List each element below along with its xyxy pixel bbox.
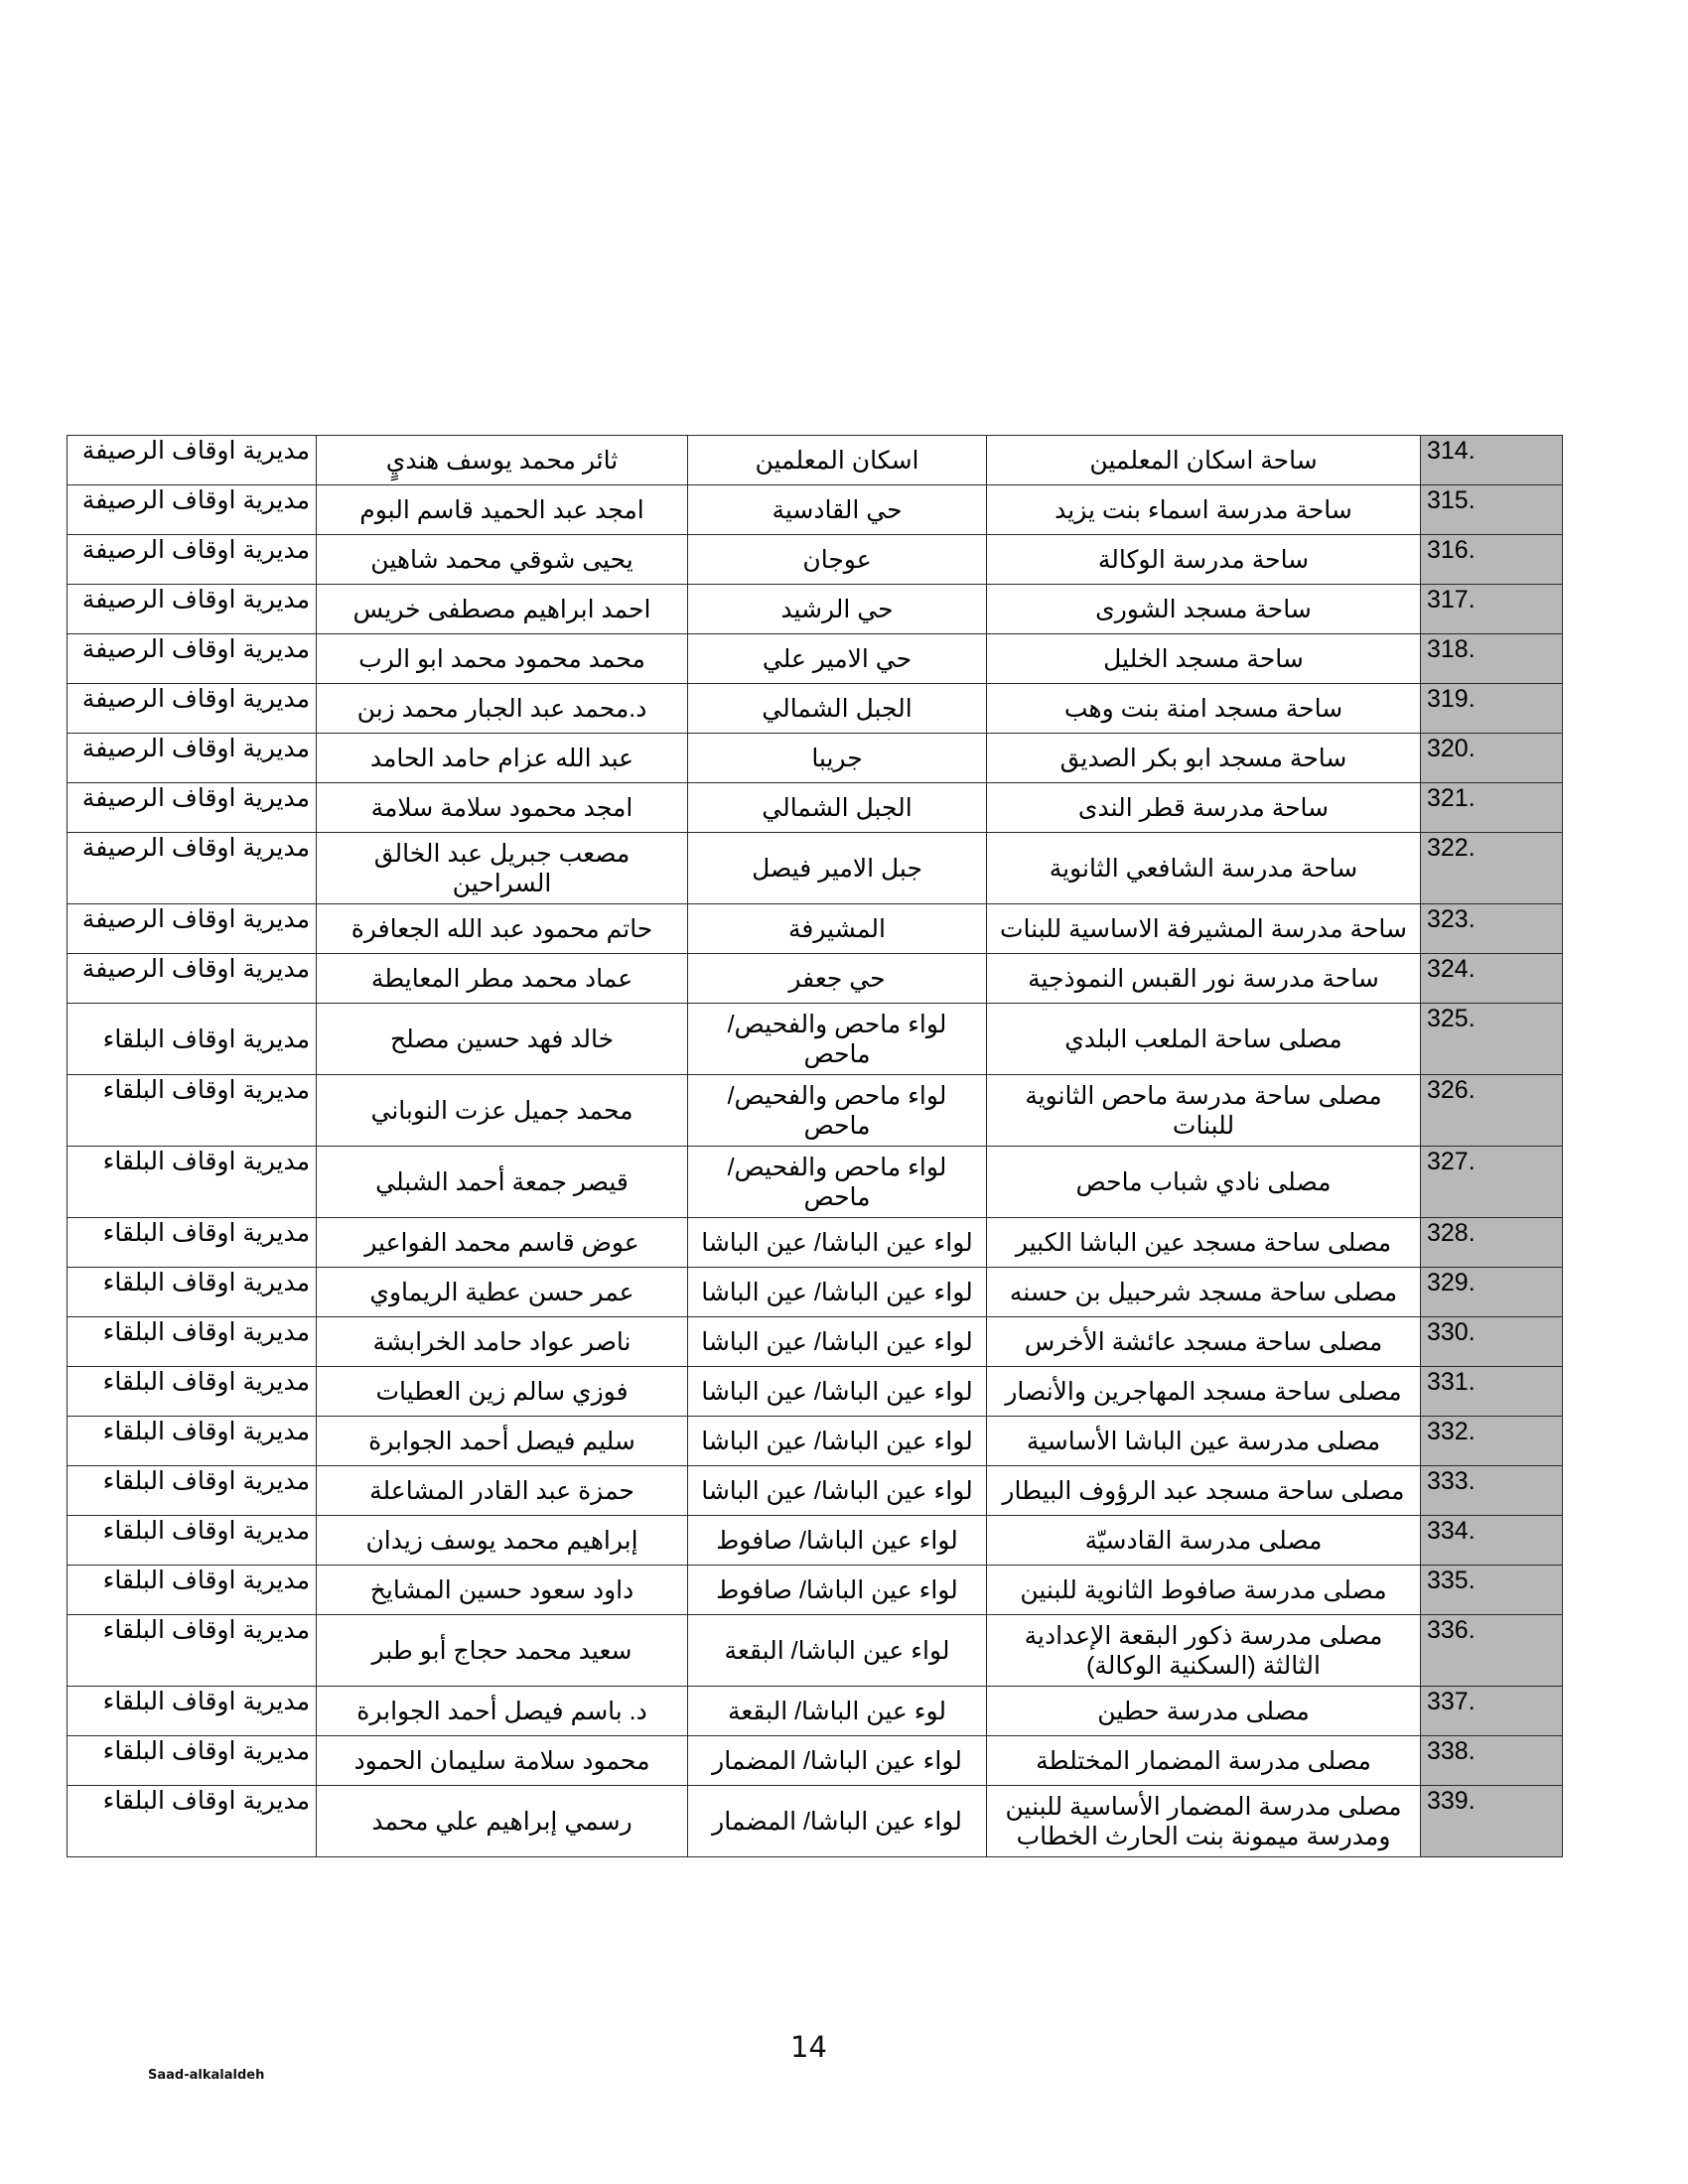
prayer-place-cell: مصلى ساحة الملعب البلدي	[987, 1004, 1421, 1075]
directorate-cell: مديرية اوقاف البلقاء	[68, 1147, 317, 1218]
table-body: مديرية اوقاف الرصيفةثائر محمد يوسف هنديٍ…	[68, 436, 1563, 1857]
table-row: مديرية اوقاف البلقاءإبراهيم محمد يوسف زي…	[68, 1516, 1563, 1566]
supervisor-name-cell: ثائر محمد يوسف هنديٍ	[317, 436, 688, 485]
directorate-cell: مديرية اوقاف الرصيفة	[68, 833, 317, 904]
table-row: مديرية اوقاف الرصيفةد.محمد عبد الجبار مح…	[68, 684, 1563, 734]
area-cell: حي جعفر	[688, 954, 987, 1004]
directorate-cell: مديرية اوقاف البلقاء	[68, 1736, 317, 1786]
row-number-cell: 325.	[1421, 1004, 1563, 1075]
prayer-place-cell: ساحة مدرسة قطر الندى	[987, 783, 1421, 833]
area-cell: حي الامير علي	[688, 634, 987, 684]
supervisor-name-cell: ناصر عواد حامد الخرابشة	[317, 1317, 688, 1367]
area-cell: لوء عين الباشا/ البقعة	[688, 1687, 987, 1736]
supervisor-name-cell: يحيى شوقي محمد شاهين	[317, 535, 688, 585]
supervisor-name-cell: محمد جميل عزت النوباني	[317, 1075, 688, 1147]
area-cell: جبل الامير فيصل	[688, 833, 987, 904]
table-row: مديرية اوقاف الرصيفةامجد محمود سلامة سلا…	[68, 783, 1563, 833]
table-row: مديرية اوقاف البلقاءمحمود سلامة سليمان ا…	[68, 1736, 1563, 1786]
footer-credit: Saad-alkalaldeh	[148, 2068, 264, 2083]
area-cell: لواء عين الباشا/ عين الباشا	[688, 1218, 987, 1268]
directorate-cell: مديرية اوقاف البلقاء	[68, 1268, 317, 1317]
prayer-place-cell: ساحة مسجد الشورى	[987, 585, 1421, 634]
supervisor-name-cell: احمد ابراهيم مصطفى خريس	[317, 585, 688, 634]
area-cell: لواء عين الباشا/ المضمار	[688, 1786, 987, 1857]
supervisor-name-cell: مصعب جبريل عبد الخالق السراحين	[317, 833, 688, 904]
area-cell: لواء عين الباشا/ المضمار	[688, 1736, 987, 1786]
area-cell: لواء ماحص والفحيص/ ماحص	[688, 1004, 987, 1075]
supervisor-name-cell: امجد محمود سلامة سلامة	[317, 783, 688, 833]
area-cell: لواء عين الباشا/ صافوط	[688, 1566, 987, 1615]
area-cell: لواء عين الباشا/ عين الباشا	[688, 1317, 987, 1367]
supervisor-name-cell: داود سعود حسين المشايخ	[317, 1566, 688, 1615]
supervisor-name-cell: فوزي سالم زين العطيات	[317, 1367, 688, 1417]
supervisor-name-cell: خالد فهد حسين مصلح	[317, 1004, 688, 1075]
row-number-cell: 330.	[1421, 1317, 1563, 1367]
area-cell: جريبا	[688, 734, 987, 783]
prayer-place-cell: ساحة مسجد الخليل	[987, 634, 1421, 684]
area-cell: حي القادسية	[688, 485, 987, 535]
directorate-cell: مديرية اوقاف الرصيفة	[68, 783, 317, 833]
prayer-place-cell: ساحة مدرسة المشيرفة الاساسية للبنات	[987, 904, 1421, 954]
supervisor-name-cell: حمزة عبد القادر المشاعلة	[317, 1466, 688, 1516]
supervisor-name-cell: عمر حسن عطية الريماوي	[317, 1268, 688, 1317]
prayer-places-table: مديرية اوقاف الرصيفةثائر محمد يوسف هنديٍ…	[67, 435, 1563, 1857]
prayer-place-cell: ساحة مدرسة اسماء بنت يزيد	[987, 485, 1421, 535]
prayer-place-cell: مصلى ساحة مسجد المهاجرين والأنصار	[987, 1367, 1421, 1417]
area-cell: عوجان	[688, 535, 987, 585]
area-cell: لواء عين الباشا/ البقعة	[688, 1615, 987, 1687]
row-number-cell: 319.	[1421, 684, 1563, 734]
table-row: مديرية اوقاف البلقاءعمر حسن عطية الريماو…	[68, 1268, 1563, 1317]
directorate-cell: مديرية اوقاف الرصيفة	[68, 585, 317, 634]
table-row: مديرية اوقاف البلقاءداود سعود حسين المشا…	[68, 1566, 1563, 1615]
prayer-place-cell: ساحة مدرسة الوكالة	[987, 535, 1421, 585]
directorate-cell: مديرية اوقاف البلقاء	[68, 1417, 317, 1466]
table-row: مديرية اوقاف الرصيفةامجد عبد الحميد قاسم…	[68, 485, 1563, 535]
supervisor-name-cell: سليم فيصل أحمد الجوابرة	[317, 1417, 688, 1466]
prayer-place-cell: مصلى مدرسة ذكور البقعة الإعدادية الثالثة…	[987, 1615, 1421, 1687]
supervisor-name-cell: امجد عبد الحميد قاسم البوم	[317, 485, 688, 535]
table-row: مديرية اوقاف البلقاءسليم فيصل أحمد الجوا…	[68, 1417, 1563, 1466]
row-number-cell: 327.	[1421, 1147, 1563, 1218]
table-row: مديرية اوقاف البلقاءعوض قاسم محمد الفواع…	[68, 1218, 1563, 1268]
table-row: مديرية اوقاف الرصيفةمصعب جبريل عبد الخال…	[68, 833, 1563, 904]
supervisor-name-cell: عماد محمد مطر المعايطة	[317, 954, 688, 1004]
directorate-cell: مديرية اوقاف البلقاء	[68, 1317, 317, 1367]
row-number-cell: 339.	[1421, 1786, 1563, 1857]
area-cell: المشيرفة	[688, 904, 987, 954]
row-number-cell: 336.	[1421, 1615, 1563, 1687]
table-row: مديرية اوقاف الرصيفةاحمد ابراهيم مصطفى خ…	[68, 585, 1563, 634]
prayer-place-cell: مصلى ساحة مسجد شرحبيل بن حسنه	[987, 1268, 1421, 1317]
prayer-place-cell: ساحة مسجد ابو بكر الصديق	[987, 734, 1421, 783]
area-cell: لواء ماحص والفحيص/ ماحص	[688, 1147, 987, 1218]
supervisor-name-cell: حاتم محمود عبد الله الجعافرة	[317, 904, 688, 954]
row-number-cell: 322.	[1421, 833, 1563, 904]
prayer-place-cell: ساحة مسجد امنة بنت وهب	[987, 684, 1421, 734]
table-row: مديرية اوقاف البلقاءمحمد جميل عزت النوبا…	[68, 1075, 1563, 1147]
row-number-cell: 320.	[1421, 734, 1563, 783]
page-number: 14	[790, 2030, 827, 2064]
row-number-cell: 329.	[1421, 1268, 1563, 1317]
table-row: مديرية اوقاف البلقاءفوزي سالم زين العطيا…	[68, 1367, 1563, 1417]
table-row: مديرية اوقاف الرصيفةحاتم محمود عبد الله …	[68, 904, 1563, 954]
area-cell: لواء عين الباشا/ عين الباشا	[688, 1367, 987, 1417]
row-number-cell: 338.	[1421, 1736, 1563, 1786]
table-row: مديرية اوقاف البلقاءقيصر جمعة أحمد الشبل…	[68, 1147, 1563, 1218]
supervisor-name-cell: د.محمد عبد الجبار محمد زبن	[317, 684, 688, 734]
area-cell: لواء عين الباشا/ عين الباشا	[688, 1268, 987, 1317]
row-number-cell: 334.	[1421, 1516, 1563, 1566]
prayer-place-cell: مصلى ساحة مسجد عبد الرؤوف البيطار	[987, 1466, 1421, 1516]
row-number-cell: 332.	[1421, 1417, 1563, 1466]
area-cell: لواء عين الباشا/ عين الباشا	[688, 1417, 987, 1466]
table-row: مديرية اوقاف البلقاءحمزة عبد القادر المش…	[68, 1466, 1563, 1516]
row-number-cell: 323.	[1421, 904, 1563, 954]
prayer-place-cell: مصلى مدرسة المضمار الأساسية للبنين ومدرس…	[987, 1786, 1421, 1857]
table-row: مديرية اوقاف الرصيفةعماد محمد مطر المعاي…	[68, 954, 1563, 1004]
table-row: مديرية اوقاف البلقاءرسمي إبراهيم علي محم…	[68, 1786, 1563, 1857]
directorate-cell: مديرية اوقاف البلقاء	[68, 1687, 317, 1736]
directorate-cell: مديرية اوقاف البلقاء	[68, 1218, 317, 1268]
area-cell: الجبل الشمالي	[688, 783, 987, 833]
prayer-place-cell: مصلى مدرسة عين الباشا الأساسية	[987, 1417, 1421, 1466]
prayer-place-cell: مصلى مدرسة حطين	[987, 1687, 1421, 1736]
directorate-cell: مديرية اوقاف الرصيفة	[68, 684, 317, 734]
row-number-cell: 318.	[1421, 634, 1563, 684]
row-number-cell: 317.	[1421, 585, 1563, 634]
directorate-cell: مديرية اوقاف الرصيفة	[68, 436, 317, 485]
prayer-place-cell: مصلى نادي شباب ماحص	[987, 1147, 1421, 1218]
area-cell: الجبل الشمالي	[688, 684, 987, 734]
row-number-cell: 314.	[1421, 436, 1563, 485]
prayer-place-cell: ساحة اسكان المعلمين	[987, 436, 1421, 485]
prayer-place-cell: ساحة مدرسة نور القبس النموذجية	[987, 954, 1421, 1004]
supervisor-name-cell: محمد محمود محمد ابو الرب	[317, 634, 688, 684]
supervisor-name-cell: عوض قاسم محمد الفواعير	[317, 1218, 688, 1268]
prayer-place-cell: مصلى مدرسة صافوط الثانوية للبنين	[987, 1566, 1421, 1615]
prayer-place-cell: مصلى مدرسة القادسيّة	[987, 1516, 1421, 1566]
directorate-cell: مديرية اوقاف الرصيفة	[68, 535, 317, 585]
directorate-cell: مديرية اوقاف البلقاء	[68, 1566, 317, 1615]
supervisor-name-cell: إبراهيم محمد يوسف زيدان	[317, 1516, 688, 1566]
table-row: مديرية اوقاف البلقاءد. باسم فيصل أحمد ال…	[68, 1687, 1563, 1736]
directorate-cell: مديرية اوقاف الرصيفة	[68, 485, 317, 535]
prayer-place-cell: مصلى ساحة مسجد عائشة الأخرس	[987, 1317, 1421, 1367]
row-number-cell: 335.	[1421, 1566, 1563, 1615]
document-page: مديرية اوقاف الرصيفةثائر محمد يوسف هنديٍ…	[0, 0, 1688, 2184]
row-number-cell: 331.	[1421, 1367, 1563, 1417]
directorate-cell: مديرية اوقاف الرصيفة	[68, 954, 317, 1004]
table-row: مديرية اوقاف الرصيفةثائر محمد يوسف هنديٍ…	[68, 436, 1563, 485]
prayer-place-cell: ساحة مدرسة الشافعي الثانوية	[987, 833, 1421, 904]
directorate-cell: مديرية اوقاف الرصيفة	[68, 634, 317, 684]
directorate-cell: مديرية اوقاف البلقاء	[68, 1075, 317, 1147]
supervisor-name-cell: قيصر جمعة أحمد الشبلي	[317, 1147, 688, 1218]
row-number-cell: 326.	[1421, 1075, 1563, 1147]
directorate-cell: مديرية اوقاف البلقاء	[68, 1516, 317, 1566]
directorate-cell: مديرية اوقاف الرصيفة	[68, 734, 317, 783]
directorate-cell: مديرية اوقاف البلقاء	[68, 1004, 317, 1075]
prayer-place-cell: مصلى ساحة مسجد عين الباشا الكبير	[987, 1218, 1421, 1268]
table-row: مديرية اوقاف البلقاءخالد فهد حسين مصلحلو…	[68, 1004, 1563, 1075]
table-row: مديرية اوقاف البلقاءسعيد محمد حجاج أبو ط…	[68, 1615, 1563, 1687]
row-number-cell: 337.	[1421, 1687, 1563, 1736]
supervisor-name-cell: رسمي إبراهيم علي محمد	[317, 1786, 688, 1857]
directorate-cell: مديرية اوقاف البلقاء	[68, 1786, 317, 1857]
directorate-cell: مديرية اوقاف البلقاء	[68, 1367, 317, 1417]
supervisor-name-cell: د. باسم فيصل أحمد الجوابرة	[317, 1687, 688, 1736]
directorate-cell: مديرية اوقاف البلقاء	[68, 1466, 317, 1516]
area-cell: لواء عين الباشا/ صافوط	[688, 1516, 987, 1566]
supervisor-name-cell: سعيد محمد حجاج أبو طبر	[317, 1615, 688, 1687]
row-number-cell: 321.	[1421, 783, 1563, 833]
prayer-place-cell: مصلى مدرسة المضمار المختلطة	[987, 1736, 1421, 1786]
prayer-place-cell: مصلى ساحة مدرسة ماحص الثانوية للبنات	[987, 1075, 1421, 1147]
row-number-cell: 324.	[1421, 954, 1563, 1004]
area-cell: حي الرشيد	[688, 585, 987, 634]
area-cell: اسكان المعلمين	[688, 436, 987, 485]
directorate-cell: مديرية اوقاف الرصيفة	[68, 904, 317, 954]
supervisor-name-cell: عبد الله عزام حامد الحامد	[317, 734, 688, 783]
area-cell: لواء عين الباشا/ عين الباشا	[688, 1466, 987, 1516]
table-row: مديرية اوقاف البلقاءناصر عواد حامد الخرا…	[68, 1317, 1563, 1367]
area-cell: لواء ماحص والفحيص/ ماحص	[688, 1075, 987, 1147]
table-row: مديرية اوقاف الرصيفةيحيى شوقي محمد شاهين…	[68, 535, 1563, 585]
directorate-cell: مديرية اوقاف البلقاء	[68, 1615, 317, 1687]
table-row: مديرية اوقاف الرصيفةمحمد محمود محمد ابو …	[68, 634, 1563, 684]
row-number-cell: 315.	[1421, 485, 1563, 535]
row-number-cell: 328.	[1421, 1218, 1563, 1268]
row-number-cell: 333.	[1421, 1466, 1563, 1516]
table-row: مديرية اوقاف الرصيفةعبد الله عزام حامد ا…	[68, 734, 1563, 783]
supervisor-name-cell: محمود سلامة سليمان الحمود	[317, 1736, 688, 1786]
row-number-cell: 316.	[1421, 535, 1563, 585]
